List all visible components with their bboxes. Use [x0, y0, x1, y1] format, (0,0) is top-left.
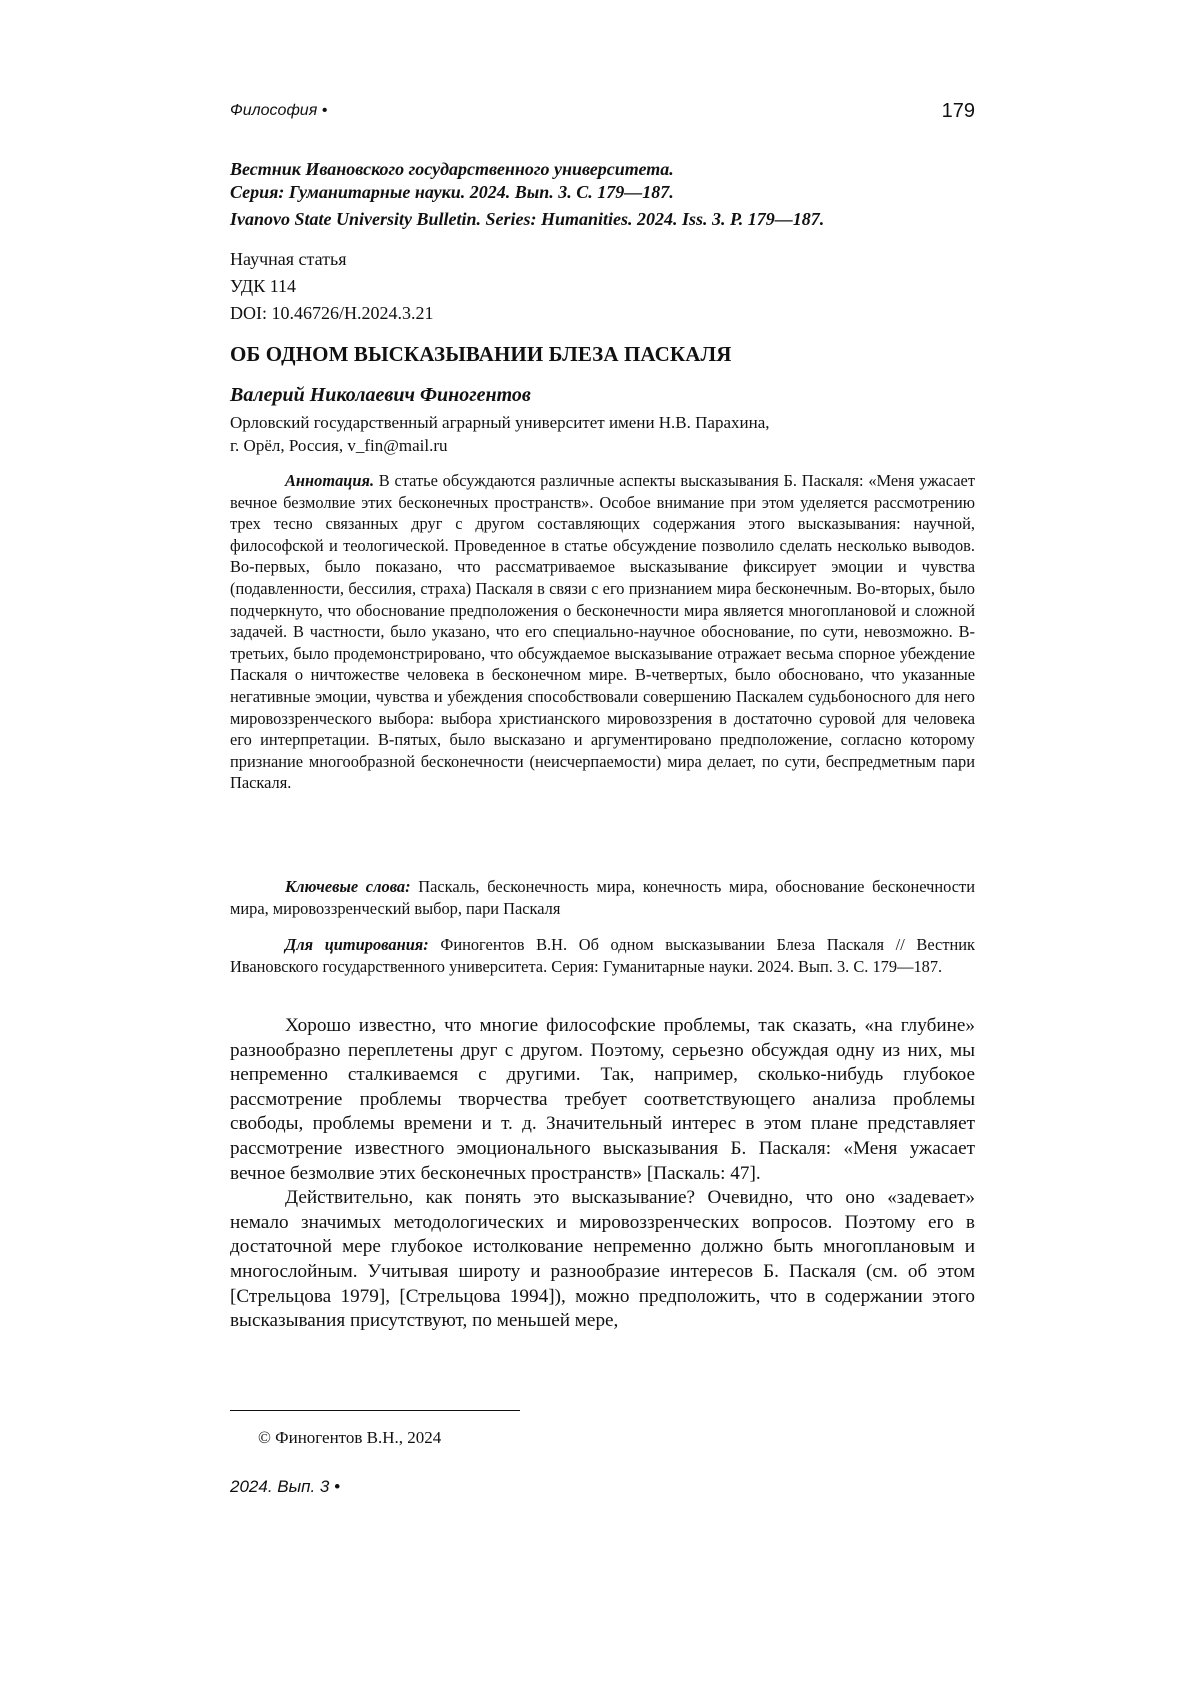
keywords-paragraph: Ключевые слова: Паскаль, бесконечность м…	[230, 876, 975, 919]
author-name: Валерий Николаевич Финогентов	[230, 384, 531, 407]
journal-ru-line-1: Вестник Ивановского государственного уни…	[230, 158, 975, 181]
affiliation-line-1: Орловский государственный аграрный униве…	[230, 411, 770, 434]
running-foot-issue: 2024. Вып. 3 •	[230, 1477, 340, 1497]
body-paragraph: Хорошо известно, что многие философские …	[230, 1014, 975, 1186]
article-title: ОБ ОДНОМ ВЫСКАЗЫВАНИИ БЛЕЗА ПАСКАЛЯ	[230, 342, 732, 367]
body-text: Хорошо известно, что многие философские …	[230, 1014, 975, 1334]
citation: Для цитирования: Финогентов В.Н. Об одно…	[230, 934, 975, 977]
journal-ru-line-2: Серия: Гуманитарные науки. 2024. Вып. 3.…	[230, 181, 975, 204]
running-head: Философия • 179	[230, 100, 975, 124]
keywords-label: Ключевые слова:	[285, 877, 411, 896]
section-label: Философия •	[230, 102, 327, 120]
abstract-text: В статье обсуждаются различные аспекты в…	[230, 471, 975, 792]
citation-paragraph: Для цитирования: Финогентов В.Н. Об одно…	[230, 934, 975, 977]
abstract-label: Аннотация.	[285, 471, 374, 490]
journal-citation-block: Вестник Ивановского государственного уни…	[230, 158, 975, 231]
article-type: Научная статья	[230, 246, 434, 273]
journal-en-line: Ivanovo State University Bulletin. Serie…	[230, 208, 975, 231]
copyright-notice: © Финогентов В.Н., 2024	[258, 1428, 441, 1448]
affiliation-line-2: г. Орёл, Россия, v_fin@mail.ru	[230, 434, 770, 457]
udc-code: УДК 114	[230, 273, 434, 300]
abstract: Аннотация. В статье обсуждаются различны…	[230, 470, 975, 794]
doi[interactable]: DOI: 10.46726/H.2024.3.21	[230, 300, 434, 327]
author-affiliation: Орловский государственный аграрный униве…	[230, 411, 770, 457]
article-meta: Научная статья УДК 114 DOI: 10.46726/H.2…	[230, 246, 434, 327]
citation-label: Для цитирования:	[285, 935, 429, 954]
body-paragraph: Действительно, как понять это высказыван…	[230, 1186, 975, 1334]
footnote-divider	[230, 1410, 520, 1411]
page-number: 179	[942, 100, 975, 123]
abstract-paragraph: Аннотация. В статье обсуждаются различны…	[230, 470, 975, 794]
keywords: Ключевые слова: Паскаль, бесконечность м…	[230, 876, 975, 919]
